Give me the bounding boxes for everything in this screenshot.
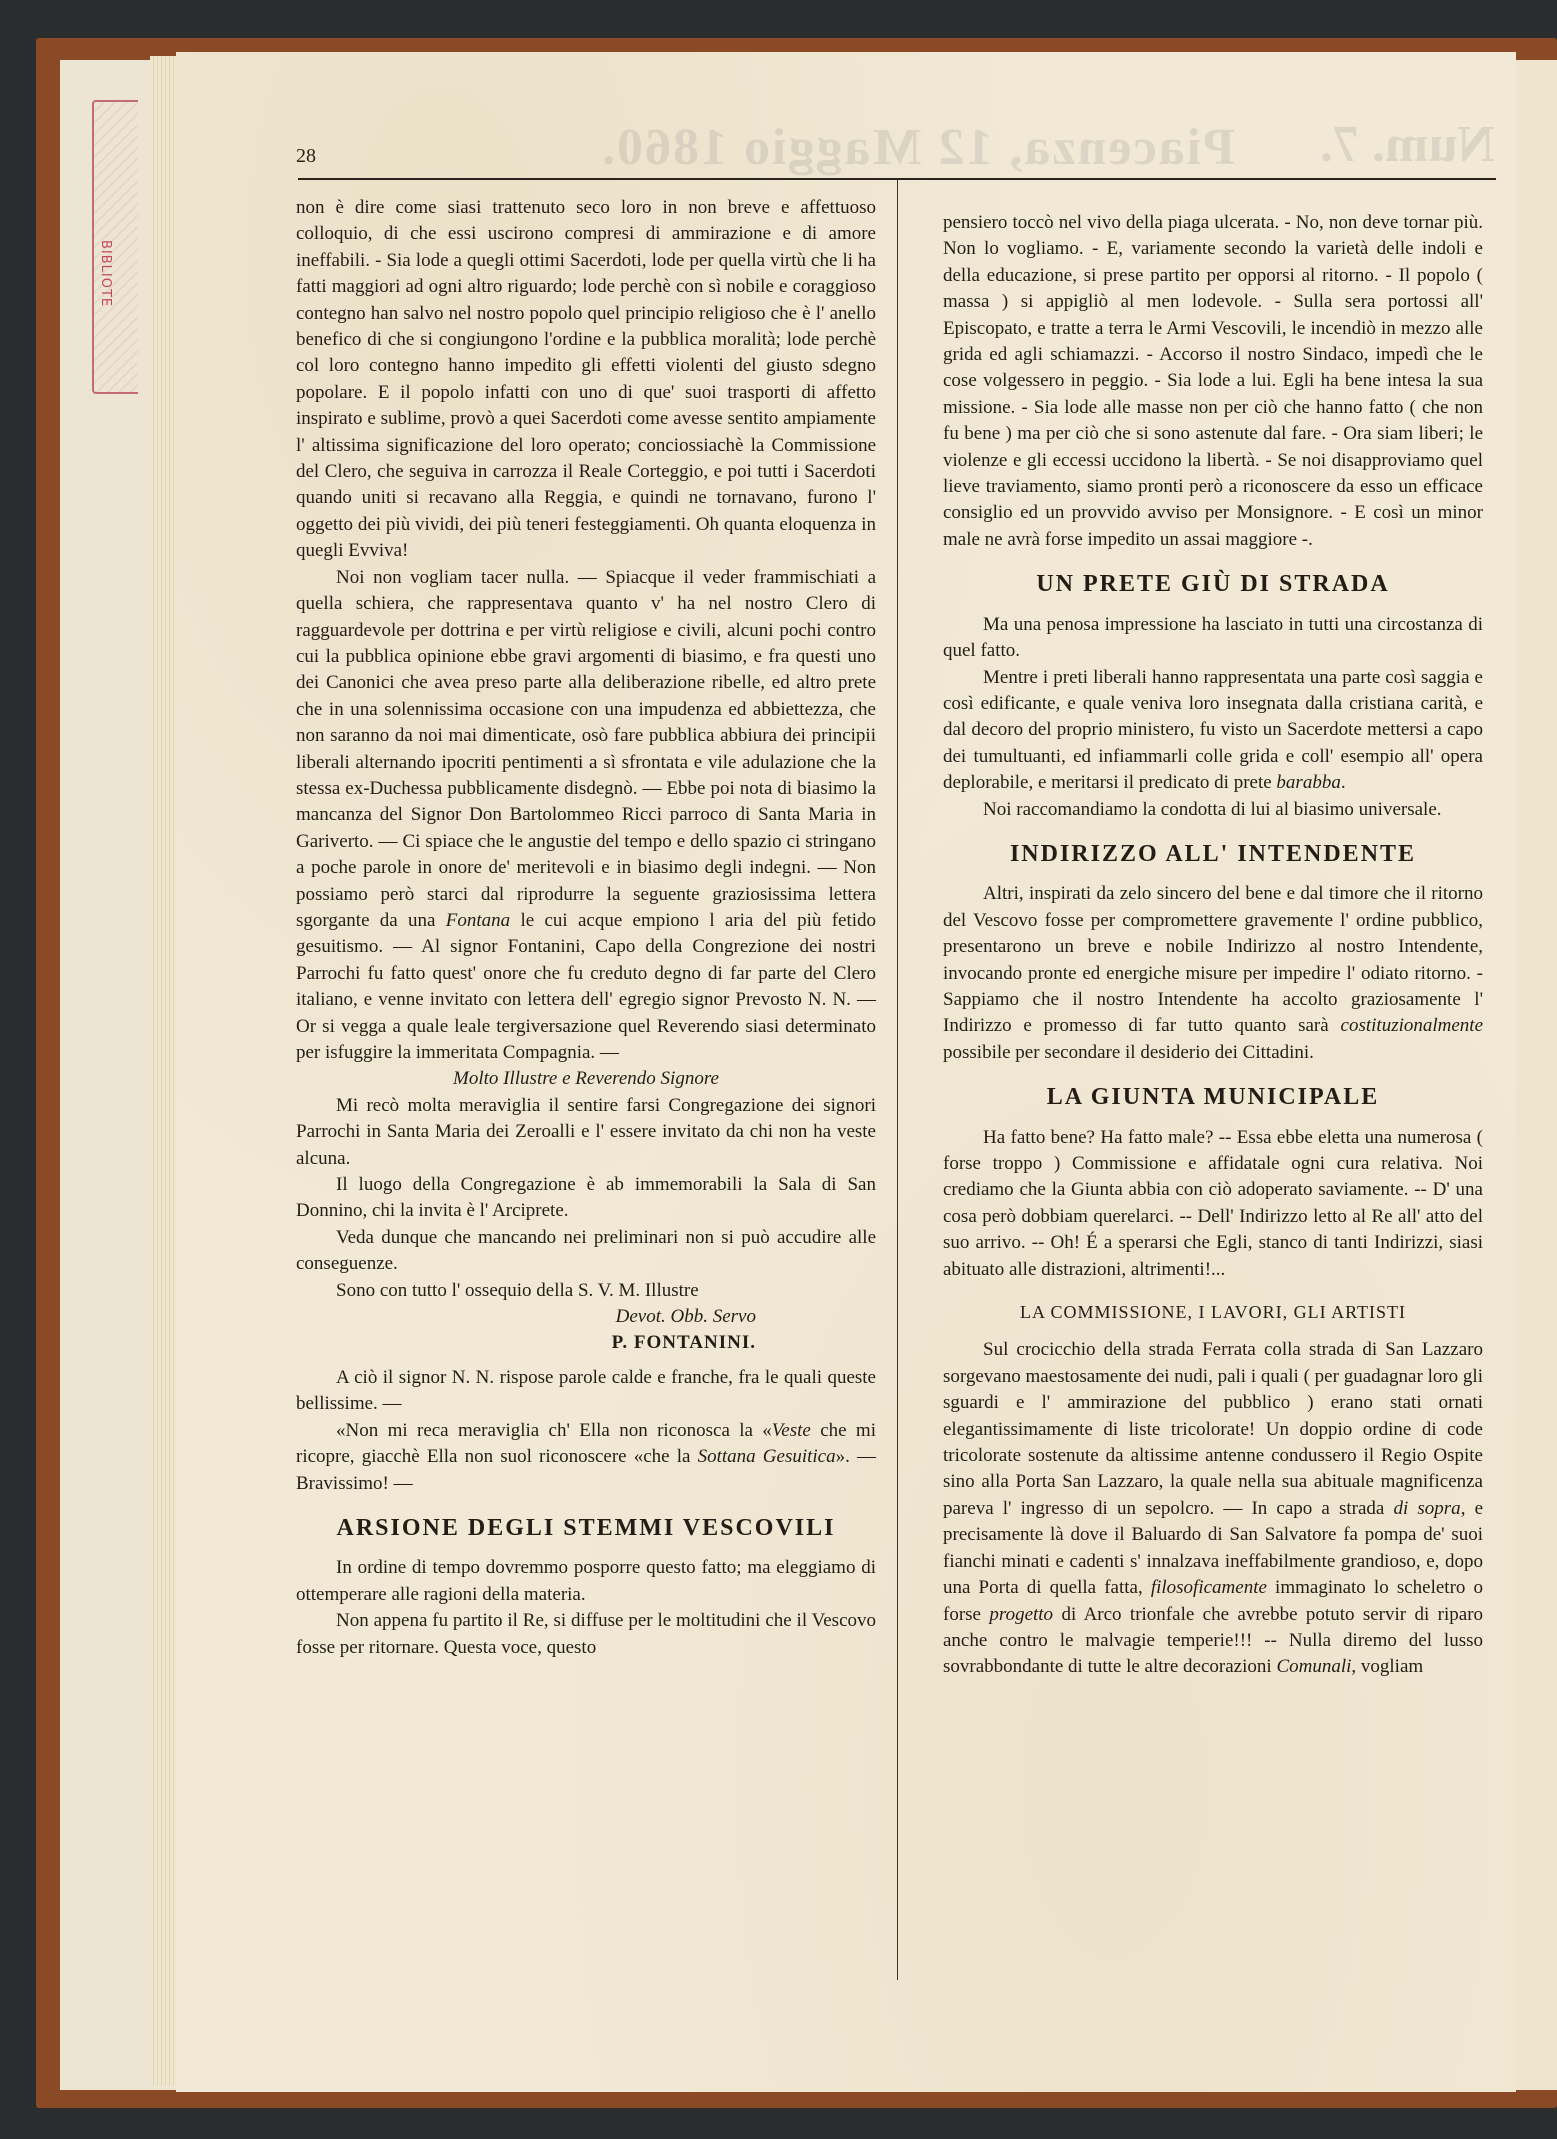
letter-signature: P. FONTANINI.	[296, 1330, 876, 1356]
column-divider	[897, 180, 898, 1980]
library-stamp-text: BIBLIOTE	[98, 240, 113, 307]
section-heading: UN PRETE GIÙ DI STRADA	[943, 571, 1483, 597]
section-heading: INDIRIZZO ALL' INTENDENTE	[943, 841, 1483, 867]
paragraph: Noi raccomandiamo la condotta di lui al …	[943, 797, 1483, 823]
bleed-through-header: Piacenza, 12 Maggio 1860.	[600, 118, 1235, 177]
section-subheading: LA COMMISSIONE, I LAVORI, GLI ARTISTI	[943, 1299, 1483, 1325]
paragraph: Mentre i preti liberali hanno rappresent…	[943, 665, 1483, 797]
paragraph: Ma una penosa impressione ha lasciato in…	[943, 612, 1483, 665]
letter-paragraph: Il luogo della Congregazione è ab immemo…	[296, 1172, 876, 1225]
letter-paragraph: Sono con tutto l' ossequio della S. V. M…	[296, 1278, 876, 1304]
bleed-through-issue: Num. 7.	[1320, 115, 1495, 174]
section-heading: LA GIUNTA MUNICIPALE	[943, 1084, 1483, 1110]
letter-salutation: Molto Illustre e Reverendo Signore	[296, 1066, 876, 1092]
paragraph: Noi non vogliam tacer nulla. — Spiacque …	[296, 565, 876, 1067]
paragraph: In ordine di tempo dovremmo posporre que…	[296, 1555, 876, 1608]
paragraph: non è dire come siasi trattenuto seco lo…	[296, 195, 876, 565]
paragraph: pensiero toccò nel vivo della piaga ulce…	[943, 210, 1483, 553]
quote-paragraph: «Non mi reca meraviglia ch' Ella non ric…	[296, 1418, 876, 1497]
left-column: non è dire come siasi trattenuto seco lo…	[296, 195, 876, 1661]
paragraph: A ciò il signor N. N. rispose parole cal…	[296, 1365, 876, 1418]
right-column: pensiero toccò nel vivo della piaga ulce…	[943, 210, 1483, 1681]
letter-paragraph: Veda dunque che mancando nei preliminari…	[296, 1225, 876, 1278]
letter-closing: Devot. Obb. Servo	[296, 1304, 876, 1330]
page-number: 28	[296, 145, 316, 168]
section-heading: ARSIONE DEGLI STEMMI VESCOVILI	[296, 1515, 876, 1541]
paragraph: Altri, inspirati da zelo sincero del ben…	[943, 881, 1483, 1066]
paragraph: Non appena fu partito il Re, si diffuse …	[296, 1608, 876, 1661]
paragraph: Ha fatto bene? Ha fatto male? -- Essa eb…	[943, 1125, 1483, 1283]
letter-paragraph: Mi recò molta meraviglia il sentire fars…	[296, 1093, 876, 1172]
paragraph: Sul crocicchio della strada Ferrata coll…	[943, 1337, 1483, 1680]
